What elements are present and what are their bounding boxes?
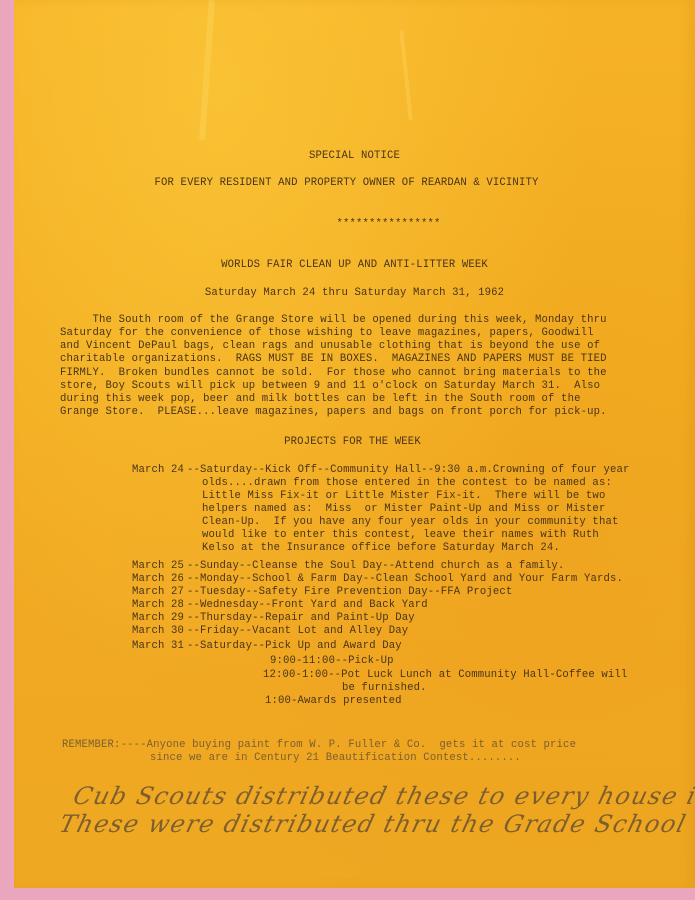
project-text: --Monday--School & Farm Day--Clean Schoo… (187, 573, 623, 586)
intro-line: Saturday for the convenience of those wi… (60, 327, 594, 340)
separator-asterisks: **************** (48, 218, 695, 231)
project-detail: helpers named as: Miss or Mister Paint-U… (202, 503, 605, 516)
notice-title: SPECIAL NOTICE (14, 150, 695, 163)
project-detail: would like to enter this contest, leave … (202, 529, 599, 542)
event-dates: Saturday March 24 thru Saturday March 31… (14, 287, 695, 300)
remember-line: since we are in Century 21 Beautificatio… (150, 752, 521, 765)
notice-paper: SPECIAL NOTICE FOR EVERY RESIDENT AND PR… (14, 0, 695, 888)
event-title: WORLDS FAIR CLEAN UP AND ANTI-LITTER WEE… (14, 259, 695, 272)
project-detail: Clean-Up. If you have any four year olds… (202, 516, 618, 529)
project-date: March 29 (132, 612, 184, 625)
intro-line: The South room of the Grange Store will … (60, 314, 607, 327)
schedule-line: 9:00-11:00--Pick-Up (270, 655, 394, 668)
project-text: --Friday--Vacant Lot and Alley Day (187, 625, 408, 638)
project-date: March 28 (132, 599, 184, 612)
project-detail: Kelso at the Insurance office before Sat… (202, 542, 560, 555)
project-text: --Tuesday--Safety Fire Prevention Day--F… (187, 586, 512, 599)
project-text: --Saturday--Kick Off--Community Hall--9:… (187, 464, 630, 477)
project-date: March 25 (132, 560, 184, 573)
schedule-line: 12:00-1:00--Pot Luck Lunch at Community … (263, 669, 627, 682)
schedule-line: be furnished. (342, 682, 427, 695)
intro-line: charitable organizations. RAGS MUST BE I… (60, 353, 607, 366)
project-text: --Thursday--Repair and Paint-Up Day (187, 612, 415, 625)
project-text: --Sunday--Cleanse the Soul Day--Attend c… (187, 560, 564, 573)
intro-line: FIRMLY. Broken bundles cannot be sold. F… (60, 367, 607, 380)
intro-line: during this week pop, beer and milk bott… (60, 393, 581, 406)
project-date: March 26 (132, 573, 184, 586)
paper-crease (199, 0, 215, 140)
project-detail: olds....drawn from those entered in the … (202, 477, 612, 490)
intro-line: Grange Store. PLEASE...leave magazines, … (60, 406, 607, 419)
intro-line: and Vincent DePaul bags, clean rags and … (60, 340, 600, 353)
project-date: March 30 (132, 625, 184, 638)
remember-line: REMEMBER:----Anyone buying paint from W.… (62, 739, 576, 752)
handwritten-line: These were distributed thru the Grade Sc… (57, 810, 695, 838)
projects-heading: PROJECTS FOR THE WEEK (12, 436, 693, 449)
project-text: --Saturday--Pick Up and Award Day (187, 640, 402, 653)
project-text: --Wednesday--Front Yard and Back Yard (187, 599, 428, 612)
project-date: March 31 (132, 640, 184, 653)
schedule-line: 1:00-Awards presented (265, 695, 402, 708)
intro-line: store, Boy Scouts will pick up between 9… (60, 380, 600, 393)
handwritten-line: Cub Scouts distributed these to every ho… (71, 782, 695, 810)
paper-crease (399, 30, 412, 120)
project-date: March 24 (132, 464, 184, 477)
notice-audience: FOR EVERY RESIDENT AND PROPERTY OWNER OF… (6, 177, 687, 190)
project-date: March 27 (132, 586, 184, 599)
project-detail: Little Miss Fix-it or Little Mister Fix-… (202, 490, 605, 503)
